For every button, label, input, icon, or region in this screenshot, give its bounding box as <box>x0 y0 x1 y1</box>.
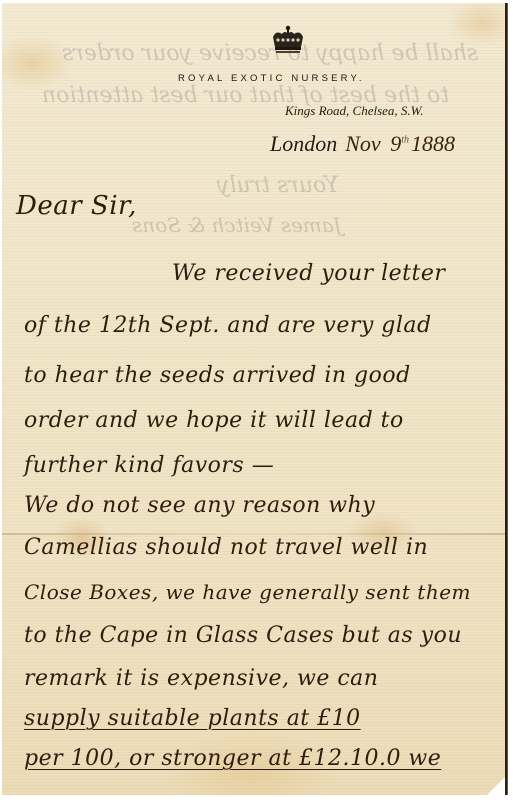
folded-corner <box>487 777 505 795</box>
salutation: Dear Sir, <box>16 191 137 221</box>
date-year: 1888 <box>411 131 455 156</box>
letter-line: Close Boxes, we have generally sent them <box>24 580 471 604</box>
company-name: ROYAL EXOTIC NURSERY. <box>178 73 365 84</box>
bleed-through-text: James Veitch & Sons <box>132 213 342 237</box>
letter-line: per 100, or stronger at £12.10.0 we <box>24 746 441 771</box>
date-day: 9 <box>390 131 401 156</box>
city: London <box>270 131 337 156</box>
letter-line: Camellias should not travel well in <box>24 535 428 560</box>
letter-line: further kind favors — <box>24 453 274 478</box>
letter-line: of the 12th Sept. and are very glad <box>24 313 432 338</box>
crown-icon <box>270 25 306 57</box>
letter-line: order and we hope it will lead to <box>24 408 404 433</box>
letter-line: to hear the seeds arrived in good <box>24 363 411 388</box>
company-address: Kings Road, Chelsea, S.W. <box>285 103 424 119</box>
date-suffix: th <box>401 135 409 146</box>
date-month: Nov <box>345 131 380 156</box>
date-line: LondonNov 9th1888 <box>270 131 455 157</box>
bleed-through-text: Yours truly <box>217 173 339 198</box>
letter-line: supply suitable plants at £10 <box>24 706 361 731</box>
letter-line: We received your letter <box>172 261 445 286</box>
letter-page: shall be happy to receive your orders to… <box>2 3 507 795</box>
letter-line: We do not see any reason why <box>24 493 375 518</box>
letter-line: to the Cape in Glass Cases but as you <box>24 623 462 648</box>
letter-line: remark it is expensive, we can <box>24 666 378 691</box>
